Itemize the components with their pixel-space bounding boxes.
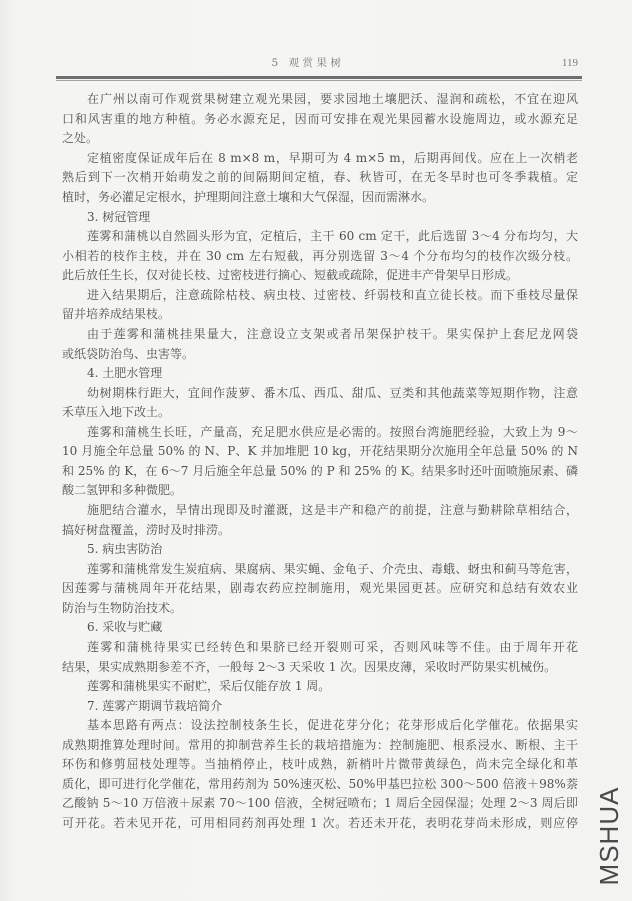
text-line: 乙酸钠 5～10 万倍液＋尿素 70～100 倍液，全树冠喷布；1 周后全园保湿… — [62, 794, 578, 814]
text-line: 莲雾和蒲桃待果实已经转色和果脐已经开裂则可采，否则风味等不佳。由于周年开花 — [62, 638, 578, 658]
section-heading: 5. 病虫害防治 — [62, 540, 578, 560]
paragraph: 在广州以南可作观赏果树建立观光果园，要求园地土壤肥沃、湿润和疏松，不宜在迎风 口… — [62, 90, 578, 149]
text-line: 在广州以南可作观赏果树建立观光果园，要求园地土壤肥沃、湿润和疏松，不宜在迎风 — [62, 90, 578, 110]
text-line: 结果，果实成熟期参差不齐，一般每 2～3 天采收 1 次。因果皮薄，采收时严防果… — [62, 658, 578, 678]
paragraph: 莲雾和蒲桃生长旺，产量高，充足肥水供应是必需的。按照台湾施肥经验，大致上为 9～… — [62, 423, 578, 501]
text-line: 植时，务必灌足定根水，护理期间注意土壤和大气保湿，因而需淋水。 — [62, 188, 578, 208]
text-line: 莲雾和蒲桃果实不耐贮，采后仅能存放 1 周。 — [62, 677, 578, 697]
text-line: 搞好树盘覆盖，涝时及时排涝。 — [62, 521, 578, 541]
section-heading: 3. 树冠管理 — [62, 208, 578, 228]
text-line: 莲雾和蒲桃生长旺，产量高，充足肥水供应是必需的。按照台湾施肥经验，大致上为 9～ — [62, 423, 578, 443]
text-line: 幼树期株行距大，宜间作菠萝、番木瓜、西瓜、甜瓜、豆类和其他蔬菜等短期作物，注意 — [62, 384, 578, 404]
text-line: 可开花。若未见开花，可用相同药剂再处理 1 次。若还未开花，表明花芽尚未形成，则… — [62, 814, 578, 834]
header-rule-thin — [56, 80, 582, 81]
text-line: 小相若的枝作主枝，并在 30 cm 左右短截，再分别选留 3～4 个分布均匀的枝… — [62, 247, 578, 267]
book-page: 5 观赏果树 119 在广州以南可作观赏果树建立观光果园，要求园地土壤肥沃、湿润… — [0, 0, 632, 901]
section-heading: 6. 采收与贮藏 — [62, 618, 578, 638]
text-line: 留并培养成结果枝。 — [62, 305, 578, 325]
section-heading: 7. 莲雾产期调节栽培简介 — [62, 697, 578, 717]
text-line: 环伤和修剪屈枝处理等。当抽梢停止，枝叶成熟，新梢叶片微带黄绿色，尚未完全绿化和革 — [62, 755, 578, 775]
text-line: 酸二氢钾和多种微肥。 — [62, 481, 578, 501]
text-line: 或纸袋防治鸟、虫害等。 — [62, 345, 578, 365]
text-line: 莲雾和蒲桃常发生炭疽病、果腐病、果实蝇、金龟子、介壳虫、毒蛾、蚜虫和蓟马等危害， — [62, 560, 578, 580]
text-line: 基本思路有两点：设法控制枝条生长，促进花芽分化；花芽形成后化学催花。依据果实 — [62, 716, 578, 736]
running-header-chapter: 5 观赏果树 — [230, 56, 386, 70]
text-line: 施肥结合灌水，旱情出现即及时灌溉，这是丰产和稳产的前提，注意与勤耕除草相结合， — [62, 501, 578, 521]
paragraph: 施肥结合灌水，旱情出现即及时灌溉，这是丰产和稳产的前提，注意与勤耕除草相结合， … — [62, 501, 578, 540]
paragraph: 莲雾和蒲桃果实不耐贮，采后仅能存放 1 周。 — [62, 677, 578, 697]
body-text: 在广州以南可作观赏果树建立观光果园，要求园地土壤肥沃、湿润和疏松，不宜在迎风 口… — [62, 90, 578, 833]
text-line: 莲雾和蒲桃以自然圆头形为宜，定植后，主干 60 cm 定干，此后选留 3～4 分… — [62, 227, 578, 247]
text-line: 禾草压入地下改土。 — [62, 403, 578, 423]
text-line: 防治与生物防治技术。 — [62, 599, 578, 619]
watermark: MSHUA — [594, 787, 624, 886]
text-line: 和 25% 的 K，在 6～7 月后施全年总量 50% 的 P 和 25% 的 … — [62, 462, 578, 482]
paragraph: 进入结果期后，注意疏除枯枝、病虫枝、过密枝、纤弱枝和直立徒长枝。而下垂枝尽量保 … — [62, 286, 578, 325]
text-line: 成熟期推算处理时间。常用的抑制营养生长的栽培措施为：控制施肥、根系浸水、断根、主… — [62, 736, 578, 756]
header-rule-thick — [56, 76, 582, 79]
text-line: 质化，即可进行化学催花，常用药剂为 50%速灭松、50%甲基巴拉松 300～50… — [62, 775, 578, 795]
text-line: 之处。 — [62, 129, 578, 149]
page-number: 119 — [562, 56, 578, 70]
paragraph: 定植密度保证成年后在 8 m×8 m，早期可为 4 m×5 m，后期再间伐。应在… — [62, 149, 578, 208]
text-line: 熟后到下一次梢开始萌发之前的间隔期间定植，春、秋皆可，在无冬旱时也可冬季栽植。定 — [62, 168, 578, 188]
text-line: 10 月施全年总量 50% 的 N、P、K 并加堆肥 10 kg，开花结果期分次… — [62, 442, 578, 462]
text-line: 定植密度保证成年后在 8 m×8 m，早期可为 4 m×5 m，后期再间伐。应在… — [62, 149, 578, 169]
paragraph: 基本思路有两点：设法控制枝条生长，促进花芽分化；花芽形成后化学催花。依据果实 成… — [62, 716, 578, 833]
paragraph: 莲雾和蒲桃以自然圆头形为宜，定植后，主干 60 cm 定干，此后选留 3～4 分… — [62, 227, 578, 286]
text-line: 口和风害重的地方种植。务必水源充足，因而可安排在观光果园蓄水设施周边，或水源充足 — [62, 110, 578, 130]
paragraph: 幼树期株行距大，宜间作菠萝、番木瓜、西瓜、甜瓜、豆类和其他蔬菜等短期作物，注意 … — [62, 384, 578, 423]
paragraph: 由于莲雾和蒲桃挂果量大，注意设立支架或者吊架保护枝干。果实保护上套尼龙网袋 或纸… — [62, 325, 578, 364]
text-line: 因莲雾与蒲桃周年开花结果，剧毒农药应控制施用，观光果园更甚。应研究和总结有效农业 — [62, 579, 578, 599]
paragraph: 莲雾和蒲桃常发生炭疽病、果腐病、果实蝇、金龟子、介壳虫、毒蛾、蚜虫和蓟马等危害，… — [62, 560, 578, 619]
text-line: 进入结果期后，注意疏除枯枝、病虫枝、过密枝、纤弱枝和直立徒长枝。而下垂枝尽量保 — [62, 286, 578, 306]
section-heading: 4. 土肥水管理 — [62, 364, 578, 384]
text-line: 由于莲雾和蒲桃挂果量大，注意设立支架或者吊架保护枝干。果实保护上套尼龙网袋 — [62, 325, 578, 345]
text-line: 此后放任生长，仅对徒长枝、过密枝进行摘心、短截或疏除，促进丰产骨架早日形成。 — [62, 266, 578, 286]
paragraph: 莲雾和蒲桃待果实已经转色和果脐已经开裂则可采，否则风味等不佳。由于周年开花 结果… — [62, 638, 578, 677]
